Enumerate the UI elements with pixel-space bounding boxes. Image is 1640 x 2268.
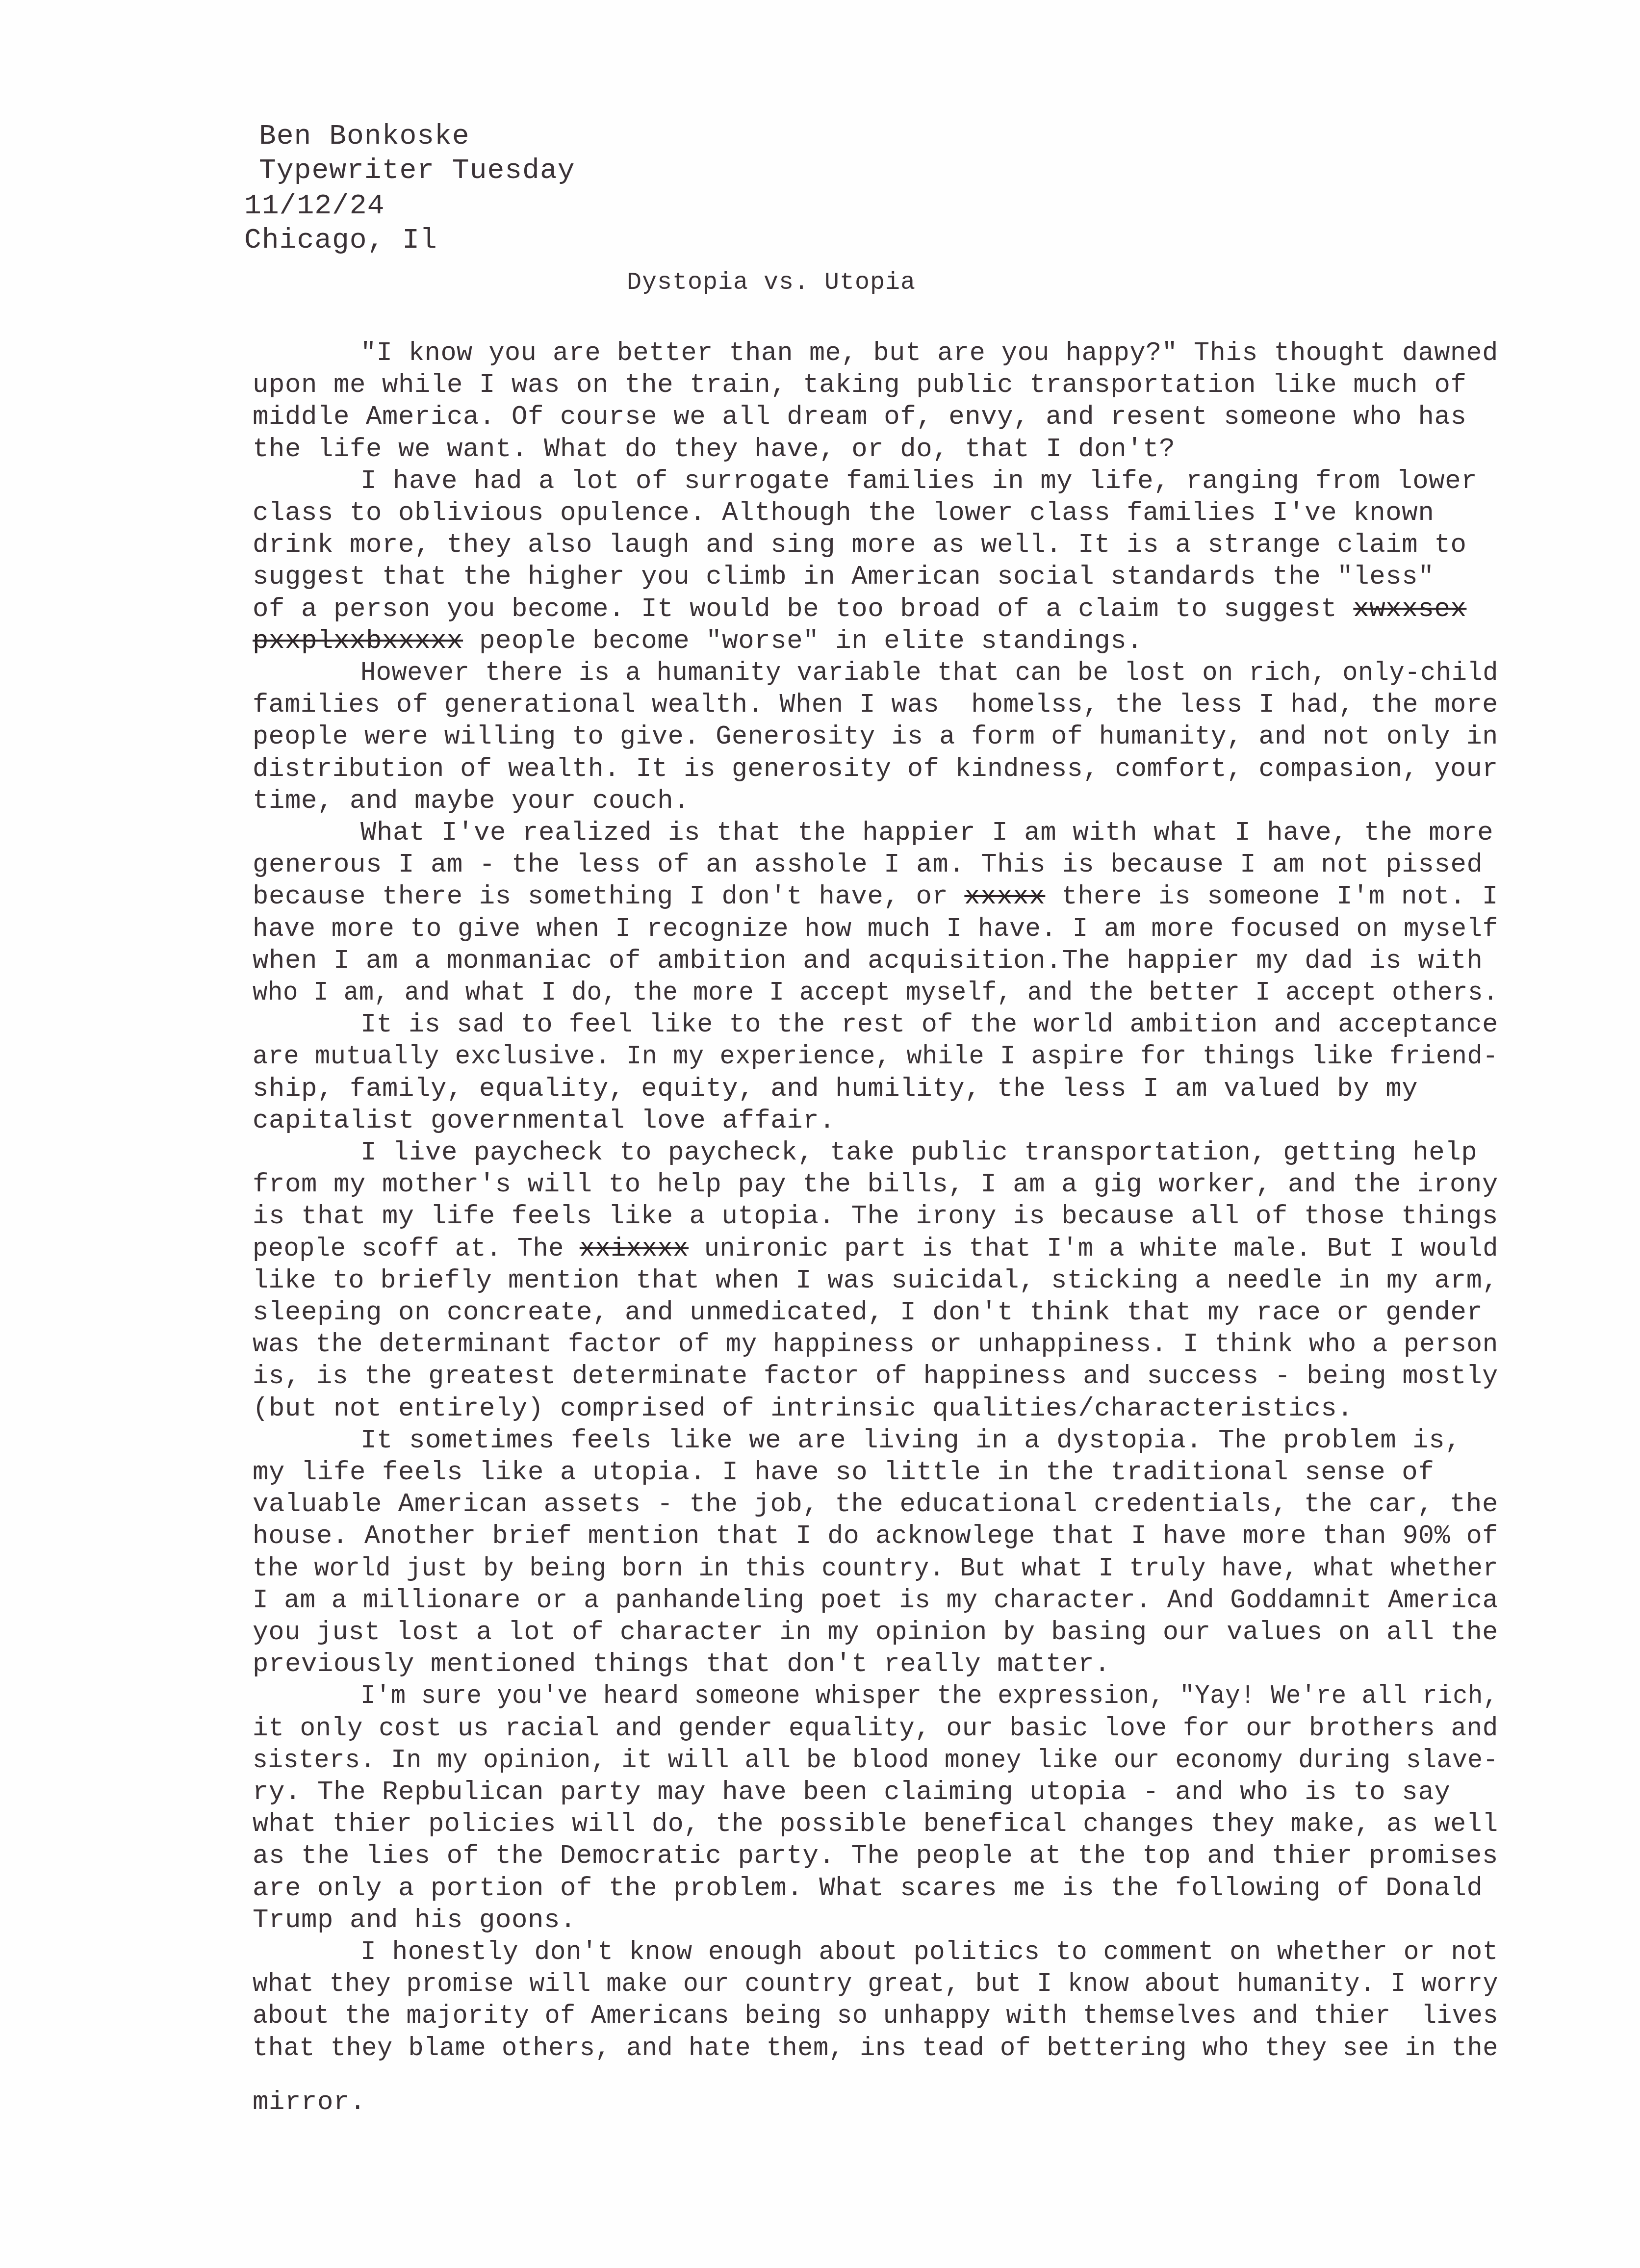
text-line: ry. The Repbulican party may have been c…	[253, 1778, 1450, 1807]
line-text: valuable American assets - the job, the …	[253, 1490, 1498, 1520]
text-line: people were willing to give. Generosity …	[253, 722, 1498, 752]
line-text: mirror.	[253, 2088, 366, 2117]
text-line: It is sad to feel like to the rest of th…	[360, 1010, 1498, 1040]
line-text: what thier policies will do, the possibl…	[253, 1809, 1498, 1839]
line-text: people become "worse" in elite standings…	[463, 626, 1143, 656]
text-line: because there is something I don't have,…	[253, 882, 1498, 912]
text-line: is, is the greatest determinate factor o…	[253, 1362, 1498, 1392]
text-line: as the lies of the Democratic party. The…	[253, 1841, 1498, 1871]
text-line: suggest that the higher you climb in Ame…	[253, 562, 1434, 592]
text-line: I honestly don't know enough about polit…	[360, 1937, 1498, 1967]
line-text: are only a portion of the problem. What …	[253, 1874, 1483, 1904]
text-line: my life feels like a utopia. I have so l…	[253, 1458, 1434, 1488]
line-text: "I know you are better than me, but are …	[360, 338, 1498, 368]
line-text: the world just by being born in this cou…	[253, 1554, 1498, 1584]
line-text: time, and maybe your couch.	[253, 786, 690, 816]
text-line: are mutually exclusive. In my experience…	[253, 1042, 1498, 1072]
line-text: It is sad to feel like to the rest of th…	[360, 1010, 1498, 1040]
text-line: that they blame others, and hate them, i…	[253, 2034, 1498, 2063]
line-text: ship, family, equality, equity, and humi…	[253, 1074, 1418, 1104]
text-line: the life we want. What do they have, or …	[253, 435, 1175, 464]
text-line: is that my life feels like a utopia. The…	[253, 1202, 1498, 1232]
text-line: What I've realized is that the happier I…	[360, 818, 1493, 848]
text-line: people scoff at. The xxixxxx unironic pa…	[253, 1234, 1498, 1264]
line-text: middle America. Of course we all dream o…	[253, 402, 1466, 432]
line-text: capitalist governmental love affair.	[253, 1106, 835, 1136]
line-text: from my mother's will to help pay the bi…	[253, 1170, 1498, 1200]
typewritten-page: Ben Bonkoske Typewriter Tuesday 11/12/24…	[0, 0, 1640, 2268]
event-name: Typewriter Tuesday	[259, 157, 575, 185]
line-text: you just lost a lot of character in my o…	[253, 1618, 1498, 1648]
text-line: it only cost us racial and gender equali…	[253, 1714, 1498, 1744]
text-line: distribution of wealth. It is generosity…	[253, 754, 1498, 784]
text-line: families of generational wealth. When I …	[253, 690, 1498, 720]
line-text: when I am a monmaniac of ambition and ac…	[253, 946, 1483, 976]
text-line: I live paycheck to paycheck, take public…	[360, 1138, 1477, 1168]
text-line: what thier policies will do, the possibl…	[253, 1809, 1498, 1839]
document-title: Dystopia vs. Utopia	[627, 269, 916, 297]
text-line: was the determinant factor of my happine…	[253, 1330, 1498, 1360]
line-text: of a person you become. It would be too …	[253, 594, 1353, 624]
text-line: time, and maybe your couch.	[253, 786, 690, 816]
line-text: It sometimes feels like we are living in…	[360, 1426, 1461, 1456]
line-text: was the determinant factor of my happine…	[253, 1330, 1498, 1360]
text-line: of a person you become. It would be too …	[253, 594, 1466, 624]
text-line: "I know you are better than me, but are …	[360, 338, 1498, 368]
date: 11/12/24	[244, 192, 384, 221]
text-line: generous I am - the less of an asshole I…	[253, 850, 1483, 880]
text-line: sleeping on concreate, and unmedicated, …	[253, 1298, 1483, 1328]
text-line: upon me while I was on the train, taking…	[253, 370, 1466, 400]
line-text: upon me while I was on the train, taking…	[253, 370, 1466, 400]
line-text: (but not entirely) comprised of intrinsi…	[253, 1394, 1353, 1424]
struck-text: xxixxxx	[580, 1234, 689, 1264]
line-text: are mutually exclusive. In my experience…	[253, 1042, 1498, 1072]
line-text: who I am, and what I do, the more I acce…	[253, 978, 1498, 1008]
line-text: that they blame others, and hate them, i…	[253, 2034, 1498, 2063]
text-line: pxxplxxbxxxxx people become "worse" in e…	[253, 626, 1143, 656]
line-text: class to oblivious opulence. Although th…	[253, 498, 1434, 528]
line-text: suggest that the higher you climb in Ame…	[253, 562, 1434, 592]
line-text: families of generational wealth. When I …	[253, 690, 1498, 720]
line-text: I have had a lot of surrogate families i…	[360, 466, 1477, 496]
text-line: I'm sure you've heard someone whisper th…	[360, 1681, 1498, 1711]
text-line: are only a portion of the problem. What …	[253, 1874, 1483, 1904]
text-line: Trump and his goons.	[253, 1906, 576, 1935]
line-text: like to briefly mention that when I was …	[253, 1266, 1498, 1296]
text-line: like to briefly mention that when I was …	[253, 1266, 1498, 1296]
line-text: sleeping on concreate, and unmedicated, …	[253, 1298, 1483, 1328]
text-line: previously mentioned things that don't r…	[253, 1649, 1110, 1679]
line-text: unironic part is that I'm a white male. …	[689, 1234, 1498, 1264]
text-line: class to oblivious opulence. Although th…	[253, 498, 1434, 528]
text-line: who I am, and what I do, the more I acce…	[253, 978, 1498, 1008]
text-line: ship, family, equality, equity, and humi…	[253, 1074, 1418, 1104]
line-text: is, is the greatest determinate factor o…	[253, 1362, 1498, 1392]
line-text: generous I am - the less of an asshole I…	[253, 850, 1483, 880]
text-line: It sometimes feels like we are living in…	[360, 1426, 1461, 1456]
line-text: it only cost us racial and gender equali…	[253, 1714, 1498, 1744]
text-line: the world just by being born in this cou…	[253, 1554, 1498, 1584]
struck-text: pxxplxxbxxxxx	[253, 626, 463, 656]
text-line: capitalist governmental love affair.	[253, 1106, 835, 1136]
text-line: drink more, they also laugh and sing mor…	[253, 530, 1466, 560]
line-text: I honestly don't know enough about polit…	[360, 1937, 1498, 1967]
line-text: ry. The Repbulican party may have been c…	[253, 1778, 1450, 1807]
line-text: drink more, they also laugh and sing mor…	[253, 530, 1466, 560]
text-line: I have had a lot of surrogate families i…	[360, 466, 1477, 496]
line-text: my life feels like a utopia. I have so l…	[253, 1458, 1434, 1488]
text-line: about the majority of Americans being so…	[253, 2001, 1498, 2031]
line-text: distribution of wealth. It is generosity…	[253, 754, 1498, 784]
line-text: about the majority of Americans being so…	[253, 2001, 1498, 2031]
text-line: from my mother's will to help pay the bi…	[253, 1170, 1498, 1200]
line-text: people scoff at. The	[253, 1234, 580, 1264]
text-line: However there is a humanity variable tha…	[360, 658, 1498, 688]
line-text: as the lies of the Democratic party. The…	[253, 1841, 1498, 1871]
line-text: I live paycheck to paycheck, take public…	[360, 1138, 1477, 1168]
line-text: What I've realized is that the happier I…	[360, 818, 1493, 848]
line-text: is that my life feels like a utopia. The…	[253, 1202, 1498, 1232]
text-line: what they promise will make our country …	[253, 1969, 1498, 1999]
line-text: previously mentioned things that don't r…	[253, 1649, 1110, 1679]
line-text: However there is a humanity variable tha…	[360, 658, 1498, 688]
text-line: house. Another brief mention that I do a…	[253, 1521, 1498, 1551]
text-line: I am a millionare or a panhandeling poet…	[253, 1586, 1498, 1616]
text-line: mirror.	[253, 2088, 366, 2117]
line-text: sisters. In my opinion, it will all be b…	[253, 1746, 1498, 1776]
line-text: house. Another brief mention that I do a…	[253, 1521, 1498, 1551]
line-text: Trump and his goons.	[253, 1906, 576, 1935]
struck-text: xwxxsex	[1353, 594, 1466, 624]
text-line: have more to give when I recognize how m…	[253, 914, 1498, 944]
line-text: I'm sure you've heard someone whisper th…	[360, 1681, 1498, 1711]
line-text: I am a millionare or a panhandeling poet…	[253, 1586, 1498, 1616]
line-text: people were willing to give. Generosity …	[253, 722, 1498, 752]
text-line: middle America. Of course we all dream o…	[253, 402, 1466, 432]
text-line: when I am a monmaniac of ambition and ac…	[253, 946, 1483, 976]
text-line: you just lost a lot of character in my o…	[253, 1618, 1498, 1648]
location: Chicago, Il	[244, 227, 437, 255]
text-line: (but not entirely) comprised of intrinsi…	[253, 1394, 1353, 1424]
text-line: sisters. In my opinion, it will all be b…	[253, 1746, 1498, 1776]
line-text: have more to give when I recognize how m…	[253, 914, 1498, 944]
line-text: the life we want. What do they have, or …	[253, 435, 1175, 464]
struck-text: xxxxx	[964, 882, 1045, 912]
line-text: because there is something I don't have,…	[253, 882, 964, 912]
author-name: Ben Bonkoske	[259, 123, 470, 151]
line-text: what they promise will make our country …	[253, 1969, 1498, 1999]
text-line: valuable American assets - the job, the …	[253, 1490, 1498, 1520]
line-text: there is someone I'm not. I	[1045, 882, 1498, 912]
